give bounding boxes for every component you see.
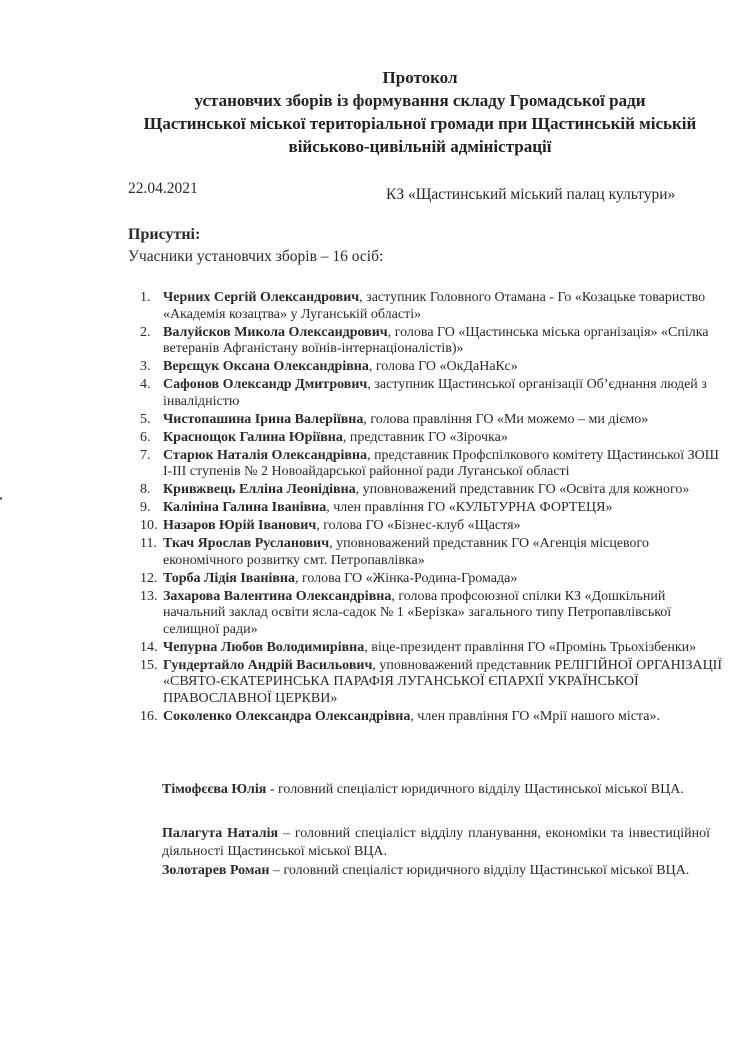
list-item: 7.Старюк Наталія Олександрівна, представ… xyxy=(0,448,750,481)
member-name: Чепурна Любов Володимирівна xyxy=(163,640,364,655)
list-item: 4.Сафонов Олександр Дмитрович, заступник… xyxy=(0,377,750,410)
member-name: Гундертайло Андрій Васильович xyxy=(163,658,372,673)
member-role: , уповноважений представник ГО «Освіта д… xyxy=(356,482,690,497)
list-item: 9.Калініна Галина Іванівна, член правлін… xyxy=(0,500,750,517)
list-item: 14.Чепурна Любов Володимирівна, віце-пре… xyxy=(0,640,750,657)
list-item: 13.Захарова Валентина Олександрівна, гол… xyxy=(0,589,750,639)
list-item: 6.Краснощок Галина Юріївна, представник … xyxy=(0,430,750,447)
staff-role: - головний спеціаліст юридичного відділу… xyxy=(266,782,684,797)
item-number: 6. xyxy=(140,430,151,447)
item-number: 13. xyxy=(140,589,158,606)
list-item: 10.Назаров Юрій Іванович, голова ГО «Біз… xyxy=(0,518,750,535)
member-role: , представник ГО «Зірочка» xyxy=(343,430,508,445)
list-item: 2.Валуйсков Микола Олександрович, голова… xyxy=(0,325,750,358)
member-role: , голова ГО «Жінка-Родина-Громада» xyxy=(295,571,517,586)
meeting-venue: КЗ «Щастинський міський палац культури» xyxy=(386,186,675,204)
meeting-date: 22.04.2021 xyxy=(128,180,198,198)
member-role: , голова ГО «Бізнес-клуб «Щастя» xyxy=(316,518,520,533)
list-item: 16.Соколенко Олександра Олександрівна, ч… xyxy=(0,709,750,726)
member-role: , віце-президент правління ГО «Промінь Т… xyxy=(364,640,696,655)
member-name: Старюк Наталія Олександрівна xyxy=(163,448,367,463)
member-role: , член правління ГО «КУЛЬТУРНА ФОРТЕЦЯ» xyxy=(326,500,612,515)
list-item: 11.Ткач Ярослав Русланович, уповноважени… xyxy=(0,536,750,569)
member-role: , голова правління ГО «Ми можемо – ми ді… xyxy=(363,412,648,427)
item-number: 10. xyxy=(140,518,158,535)
list-item: 5.Чистопашина Ірина Валеріївна, голова п… xyxy=(0,412,750,429)
member-name: Валуйсков Микола Олександрович xyxy=(163,325,388,340)
member-role: , голова ГО «ОкДаНаКс» xyxy=(369,359,518,374)
title-line-4: військово-цивільній адміністрації xyxy=(100,135,740,158)
staff-name: Золотарев Роман xyxy=(162,863,269,878)
title-line-2: установчих зборів із формування складу Г… xyxy=(100,89,740,112)
member-name: Захарова Валентина Олександрівна xyxy=(163,589,391,604)
member-name: Торба Лідія Іванівна xyxy=(163,571,295,586)
member-name: Сафонов Олександр Дмитрович xyxy=(163,377,367,392)
member-name: Чистопашина Ірина Валеріївна xyxy=(163,412,363,427)
item-number: 11. xyxy=(140,536,157,553)
member-role: , член правління ГО «Мрії нашого міста». xyxy=(410,709,660,724)
member-name: Черних Сергій Олександрович xyxy=(163,290,359,305)
staff-role: – головний спеціаліст юридичного відділу… xyxy=(269,863,689,878)
staff-item: Палагута Наталія – головний спеціаліст в… xyxy=(162,825,710,860)
list-item: 15.Гундертайло Андрій Васильович, уповно… xyxy=(0,658,750,708)
item-number: 15. xyxy=(140,658,158,675)
staff-name: Палагута Наталія xyxy=(162,826,278,841)
item-number: 1. xyxy=(140,290,151,307)
item-number: 8. xyxy=(140,482,151,499)
item-number: 12. xyxy=(140,571,158,588)
member-name: Назаров Юрій Іванович xyxy=(163,518,316,533)
document-title: Протокол установчих зборів із формування… xyxy=(100,66,740,158)
list-item: 12.Торба Лідія Іванівна, голова ГО «Жінк… xyxy=(0,571,750,588)
title-line-3: Щастинської міської територіальної грома… xyxy=(100,112,740,135)
list-item: 1.Черних Сергій Олександрович, заступник… xyxy=(0,290,750,323)
staff-item: Золотарев Роман – головний спеціаліст юр… xyxy=(162,862,710,880)
staff-name: Тімофєєва Юлія xyxy=(162,782,266,797)
member-name: Краснощок Галина Юріївна xyxy=(163,430,343,445)
scan-artifact xyxy=(0,497,2,500)
item-number: 3. xyxy=(140,359,151,376)
member-name: Кривжвець Елліна Леонідівна xyxy=(163,482,356,497)
present-heading: Присутні: xyxy=(128,226,200,244)
item-number: 5. xyxy=(140,412,151,429)
item-number: 7. xyxy=(140,448,151,465)
members-list: 1.Черних Сергій Олександрович, заступник… xyxy=(0,290,750,727)
item-number: 4. xyxy=(140,377,151,394)
staff-item: Тімофєєва Юлія - головний спеціаліст юри… xyxy=(162,781,710,799)
item-number: 16. xyxy=(140,709,158,726)
member-name: Соколенко Олександра Олександрівна xyxy=(163,709,410,724)
item-number: 14. xyxy=(140,640,158,657)
member-name: Верєщук Оксана Олександрівна xyxy=(163,359,369,374)
item-number: 2. xyxy=(140,325,151,342)
participants-count-line: Учасники установчих зборів – 16 осіб: xyxy=(128,248,383,266)
list-item: 8.Кривжвець Елліна Леонідівна, уповноваж… xyxy=(0,482,750,499)
list-item: 3.Верєщук Оксана Олександрівна, голова Г… xyxy=(0,359,750,376)
title-line-1: Протокол xyxy=(100,66,740,89)
item-number: 9. xyxy=(140,500,151,517)
member-name: Ткач Ярослав Русланович xyxy=(163,536,329,551)
member-name: Калініна Галина Іванівна xyxy=(163,500,326,515)
